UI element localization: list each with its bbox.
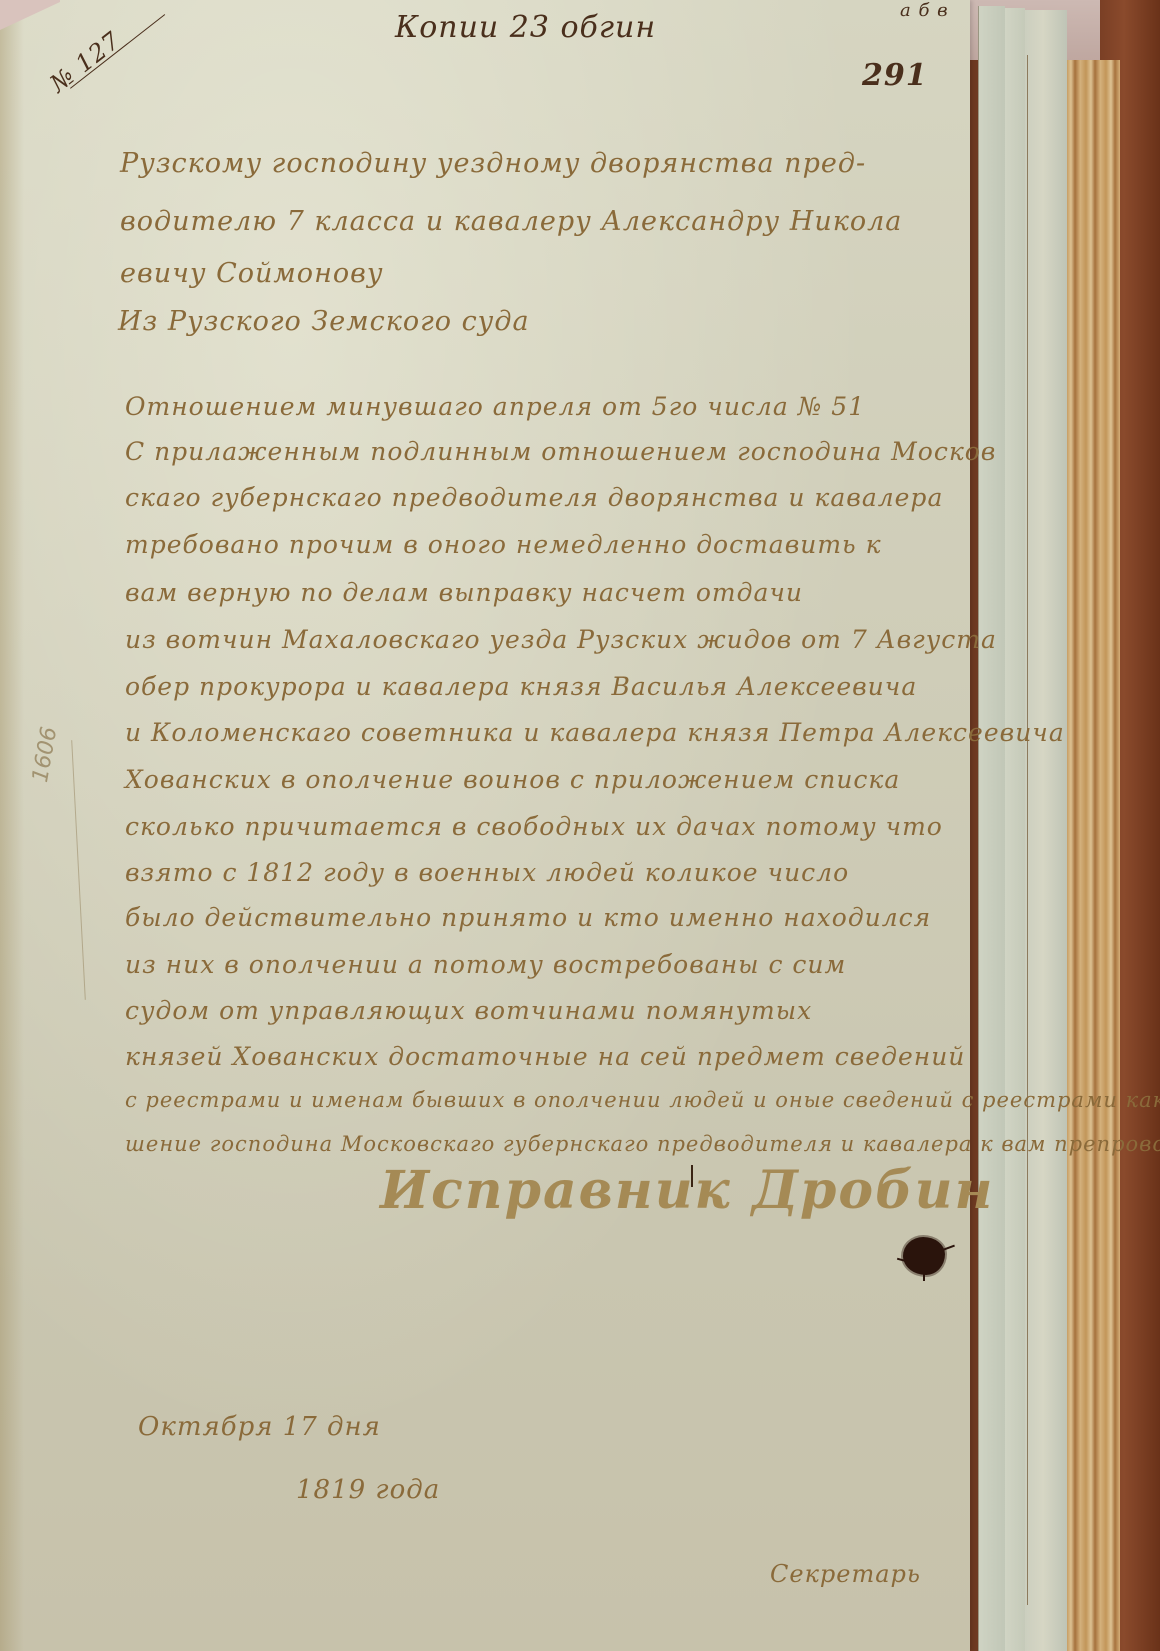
body-line: обер прокурора и кавалера князя Василья … xyxy=(125,672,917,701)
ink-blot xyxy=(903,1237,945,1275)
address-line: евичу Соймонову xyxy=(120,258,383,289)
date-day-month: Октября 17 дня xyxy=(138,1412,381,1442)
body-line: из вотчин Махаловскаго уезда Рузских жид… xyxy=(125,625,997,654)
folio-number: 291 xyxy=(862,58,928,93)
body-line: было действительно принято и кто именно … xyxy=(125,903,931,932)
body-line: требовано прочим в оного немедленно дост… xyxy=(125,530,882,559)
body-line: судом от управляющих вотчинами помянутых xyxy=(125,996,812,1025)
underlying-page-rule-line xyxy=(1027,55,1028,1605)
body-line: скаго губернскаго предводителя дворянств… xyxy=(125,483,943,512)
body-line: шение господина Московскаго губернскаго … xyxy=(125,1132,1160,1156)
pencil-archive-number: 1606 xyxy=(28,725,62,784)
body-line: князей Хованских достаточные на сей пред… xyxy=(125,1042,965,1071)
sender-line: Из Рузского Земского суда xyxy=(118,306,530,337)
pencil-margin-line xyxy=(71,740,86,1000)
bookmark-ribbon xyxy=(0,0,60,30)
file-number: № 127 xyxy=(45,26,126,98)
body-line: взято с 1812 году в военных людей колико… xyxy=(125,858,849,887)
body-line: Хованских в ополчение воинов с приложени… xyxy=(125,765,900,794)
torn-binding-edge xyxy=(1060,60,1120,1651)
secretary-label: Секретарь xyxy=(770,1560,921,1588)
body-line: Отношением минувшаго апреля от 5го числа… xyxy=(125,392,865,421)
header-superscripts: а б в xyxy=(900,0,949,21)
body-line: С прилаженным подлинным отношением госпо… xyxy=(125,437,996,466)
body-line: и Коломенскаго советника и кавалера княз… xyxy=(125,718,1065,747)
signature: Исправник Дробин xyxy=(380,1160,994,1221)
underlying-page-stack xyxy=(1018,10,1067,1651)
body-line: из них в ополчении а потому востребованы… xyxy=(125,950,846,979)
page-shadow xyxy=(0,0,24,1651)
address-line: Рузскому господину уездному дворянства п… xyxy=(120,148,866,179)
manuscript-page: Копии 23 обгин а б в 291 № 127 1606 Рузс… xyxy=(0,0,970,1651)
header-copy-note: Копии 23 обгин xyxy=(395,10,656,45)
address-line: водителю 7 класса и кавалеру Александру … xyxy=(120,206,902,237)
body-line: вам верную по делам выправку насчет отда… xyxy=(125,578,803,607)
body-line: сколько причитается в свободных их дачах… xyxy=(125,812,943,841)
underlying-page xyxy=(978,6,1005,1651)
date-year: 1819 года xyxy=(296,1475,440,1505)
body-line: с реестрами и именам бывших в ополчении … xyxy=(125,1088,1160,1112)
